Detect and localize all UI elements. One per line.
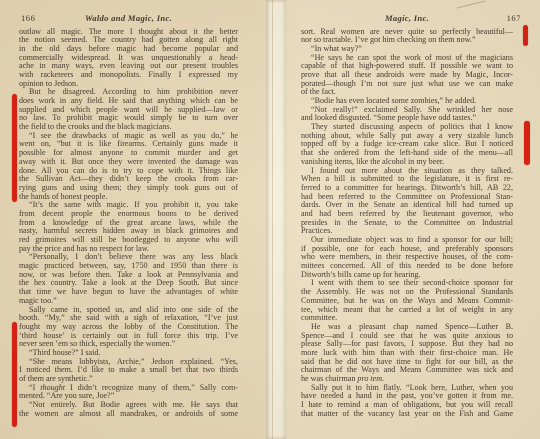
text-line: the Sullivan Act—they didn’t keep the cr… <box>19 175 238 184</box>
text-line: the notion seemed. The country had gotte… <box>19 36 238 45</box>
text-line: “Bodie has even located some zombies,” h… <box>301 97 513 106</box>
text-line: booth. “My,” she said with a sigh of rel… <box>19 314 238 323</box>
text-line: went on, “but it is like firearms. Certa… <box>19 140 238 149</box>
page-header-left: 166 Waldo and Magic, Inc. <box>19 13 238 28</box>
text-line: topped off by a fudge ice-cream cake sli… <box>301 140 513 149</box>
text-line: and looked disgusted. “Some people have … <box>301 114 513 123</box>
text-line: the field to the crooks and the black ma… <box>19 123 238 132</box>
text-line: fought my way across the lobby of the Co… <box>19 323 238 332</box>
text-line: I went with them to see their second-cho… <box>301 279 513 288</box>
text-line: from decent people the enormous boons to… <box>19 210 238 219</box>
text-line: Ditworth’s bills came up for hearing. <box>301 271 513 280</box>
text-line: commercially widespread. It was unquesti… <box>19 54 238 63</box>
text-line: now, or was before then. Take a look at … <box>19 271 238 280</box>
text-line: vanishing items, like the alcohol in my … <box>301 158 513 167</box>
text-line: that matter of the vacancy last year on … <box>301 410 513 419</box>
text-line: “Not really!” exclaimed Sally. She wrink… <box>301 106 513 115</box>
text-line: ferred to a committee for hearings. Ditw… <box>301 184 513 193</box>
text-line: mented. “Are you sure, Joe?” <box>19 392 238 401</box>
text-line: done. All you can do is to try to cope w… <box>19 167 238 176</box>
page-left: 166 Waldo and Magic, Inc. outlaw all mag… <box>19 13 238 418</box>
text-line: When a bill is submitted to the legislat… <box>301 175 513 184</box>
text-line: Spence—and I could see that he was quite… <box>301 332 513 341</box>
text-line: prove that all these androids were made … <box>301 71 513 80</box>
red-annotation-mark <box>12 322 17 427</box>
text-line: “In what way?” <box>301 45 513 54</box>
text-line: committee. <box>301 314 513 323</box>
text-line: porated—though I’m not sure just what us… <box>301 80 513 89</box>
text-line: presides in the Senate, to the Committee… <box>301 219 513 228</box>
text-line: “Not entirely. But Bodie agrees with me.… <box>19 401 238 410</box>
text-line: please Sally—for past favors, I suppose.… <box>301 340 513 349</box>
text-line: Practices. <box>301 227 513 236</box>
text-line: does work in any field. He said that any… <box>19 97 238 106</box>
page-number-right: 167 <box>507 13 521 23</box>
text-line: opinion to Jedson. <box>19 80 238 89</box>
text-line: if possible, one for each house, and pre… <box>301 245 513 254</box>
text-line: sort. Real women are never quite so perf… <box>301 28 513 37</box>
text-line: the hands of honest people. <box>19 193 238 202</box>
text-line: the Assembly. He was not on the Professi… <box>301 288 513 297</box>
text-line: and had been referred by the lieutenant … <box>301 210 513 219</box>
text-line: nothing about, while Sally put away a ve… <box>301 132 513 141</box>
text-line: magic practiced between, say, 1750 and 1… <box>19 262 238 271</box>
running-title-right: Magic, Inc. <box>301 13 513 23</box>
page-body-right: sort. Real women are never quite so perf… <box>301 28 513 419</box>
text-line: rying guns and using them; they simply t… <box>19 184 238 193</box>
text-line: ‘third house’ is certainly out in full f… <box>19 332 238 341</box>
text-line: I hate to remind a man of obligations, b… <box>301 401 513 410</box>
text-line: Sally put it to him flatly. “Look here, … <box>301 384 513 393</box>
text-line: “He says he can spot the work of most of… <box>301 54 513 63</box>
page-number-left: 166 <box>21 13 35 23</box>
text-line: I found out more about the situation as … <box>301 167 513 176</box>
book-spread: 166 Waldo and Magic, Inc. outlaw all mag… <box>0 0 540 439</box>
text-line: outlaw all magic. The more I thought abo… <box>19 28 238 37</box>
text-line: the women are almost all mandrakes, or a… <box>19 410 238 419</box>
text-line: from a knowledge of the great arcane law… <box>19 219 238 228</box>
text-line: pay the price and has no respect for law… <box>19 245 238 254</box>
text-line: He was a pleasant chap named Spence—Luth… <box>301 323 513 332</box>
text-line: never seen ’em so thick, especially the … <box>19 340 238 349</box>
running-title-left: Waldo and Magic, Inc. <box>19 13 238 23</box>
text-line: in the old days before magic had become … <box>19 45 238 54</box>
red-annotation-mark <box>524 121 530 165</box>
text-line: mittees concerned. All of this needed to… <box>301 262 513 271</box>
text-line: that time we have begun to have the adva… <box>19 288 238 297</box>
text-line: red grimoires will still be bootlegged t… <box>19 236 238 245</box>
text-line: said that he did not have time to fight … <box>301 358 513 367</box>
text-line: supplied and which people want will be s… <box>19 106 238 115</box>
text-line: more luck with him than with their first… <box>301 349 513 358</box>
text-line: tee, which meant that he carried a lot o… <box>301 306 513 315</box>
text-line: capable of that high-powered stuff. If p… <box>301 62 513 71</box>
text-line: They started discussing aspects of polit… <box>301 123 513 132</box>
red-annotation-mark <box>523 25 528 46</box>
red-annotation-mark <box>12 94 17 202</box>
text-line: magic too.” <box>19 297 238 306</box>
page-gutter <box>266 0 286 439</box>
text-line: Our immediate object was to find a spons… <box>301 236 513 245</box>
text-line: nor so tractable. I’ve got him checking … <box>301 36 513 45</box>
page-right: Magic, Inc. 167 sort. Real women are nev… <box>301 13 513 418</box>
text-line: “I see the drawbacks of magic as well as… <box>19 132 238 141</box>
text-line: dards. Over in the Senate an identical b… <box>301 201 513 210</box>
text-line: Sally came in, spotted us, and slid into… <box>19 306 238 315</box>
text-line: who were members, in their respective ho… <box>301 253 513 262</box>
text-line: “Third house?” I said. <box>19 349 238 358</box>
text-line: of them are synthetic.” <box>19 375 238 384</box>
text-line: no law. To prohibit magic would simply b… <box>19 114 238 123</box>
text-line: “Personally, I don’t believe there was a… <box>19 253 238 262</box>
text-line: “I thought I didn’t recognize many of th… <box>19 384 238 393</box>
text-line: nasty, harmful secrets hidden away in bl… <box>19 227 238 236</box>
text-line: he was chairman pro tem. <box>301 375 513 384</box>
text-line: Committee, but he was on the Ways and Me… <box>301 297 513 306</box>
text-line: But he disagreed. According to him prohi… <box>19 88 238 97</box>
text-line: of the fact. <box>301 88 513 97</box>
page-body-left: outlaw all magic. The more I thought abo… <box>19 28 238 419</box>
text-line: the hex country. Take a look at the Deep… <box>19 279 238 288</box>
page-header-right: Magic, Inc. 167 <box>301 13 513 28</box>
text-line: “She means lobbyists, Archie,” Jedson ex… <box>19 358 238 367</box>
text-line: ache in many ways, even leaving out our … <box>19 62 238 71</box>
text-line: away with it. But once they were invente… <box>19 158 238 167</box>
text-line: had been referred to the Committee on Pr… <box>301 193 513 202</box>
text-line: “It’s the same with magic. If you prohib… <box>19 201 238 210</box>
text-line: I noticed them. I’d like to make a small… <box>19 366 238 375</box>
text-line: possible for almost anyone to commit mur… <box>19 149 238 158</box>
paper-crease <box>456 0 485 8</box>
text-line: that she ordered from the left-hand side… <box>301 149 513 158</box>
text-line: have needed a hand in the past, you’ve g… <box>301 392 513 401</box>
text-line: chairman of the Ways and Means Committee… <box>301 366 513 375</box>
text-line: with racketeers and monopolists. Finally… <box>19 71 238 80</box>
